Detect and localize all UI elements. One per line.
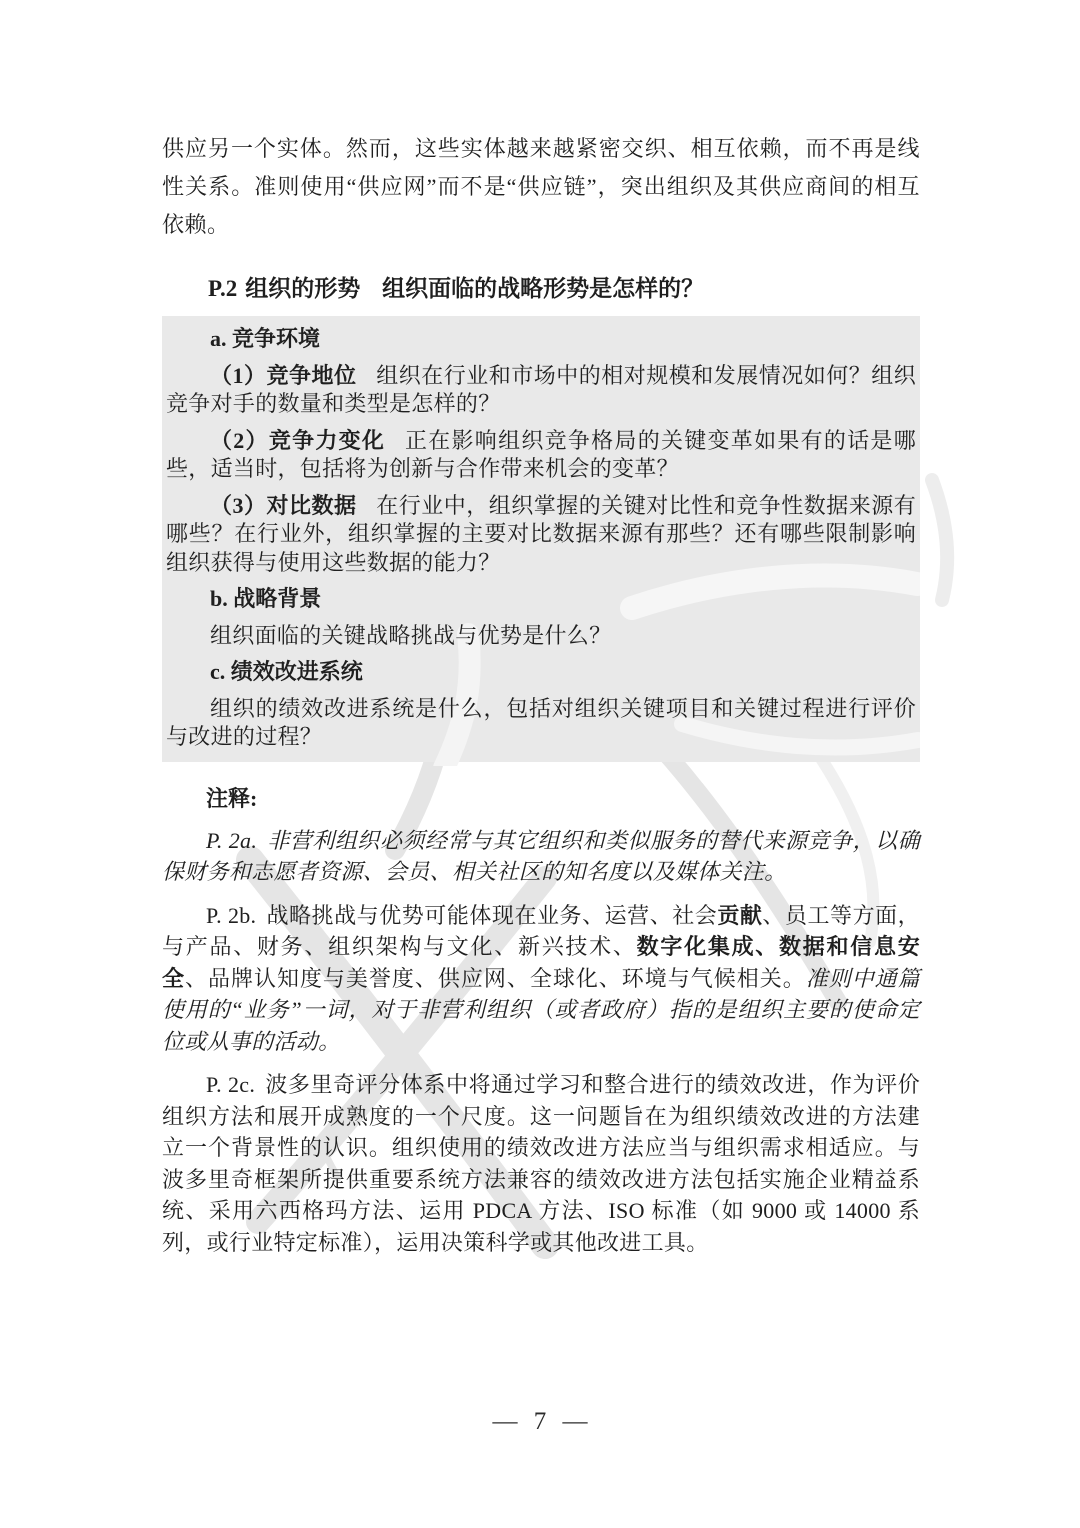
notes-heading: 注释: — [162, 782, 920, 813]
note-p2c-label: P. 2c. — [206, 1072, 255, 1097]
intro-paragraph: 供应另一个实体。然而，这些实体越来越紧密交织、相互依赖，而不再是线性关系。准则使… — [162, 130, 920, 244]
section-question: 组织面临的战略形势是怎样的？ — [382, 276, 704, 301]
note-p2b-text-3: 、品牌认知度与美誉度、供应网、全球化、环境与气候相关。 — [185, 966, 806, 991]
question-2-label: （2）竞争力变化 — [210, 428, 385, 453]
section-code: P.2 — [208, 276, 237, 301]
subheading-b: b. 战略背景 — [166, 585, 916, 614]
note-p2b-label: P. 2b. — [206, 903, 256, 928]
document-page: 供应另一个实体。然而，这些实体越来越紧密交织、相互依赖，而不再是线性关系。准则使… — [0, 0, 1080, 1528]
question-3-label: （3）对比数据 — [210, 493, 356, 518]
question-1: （1）竞争地位组织在行业和市场中的相对规模和发展情况如何？组织竞争对手的数量和类… — [166, 362, 916, 419]
note-p2c-text: 波多里奇评分体系中将通过学习和整合进行的绩效改进，作为评价组织方法和展开成熟度的… — [162, 1072, 920, 1255]
note-p2b-text-1: 战略挑战与优势可能体现在业务、运营、社会 — [266, 903, 717, 928]
question-3: （3）对比数据在行业中，组织掌握的关键对比性和竞争性数据来源有哪些？在行业外，组… — [166, 492, 916, 578]
page-number: — 7 — — [0, 1408, 1080, 1436]
section-heading: P.2组织的形势组织面临的战略形势是怎样的？ — [162, 270, 920, 303]
note-p2c: P. 2c.波多里奇评分体系中将通过学习和整合进行的绩效改进，作为评价组织方法和… — [162, 1069, 920, 1258]
subheading-a: a. 竞争环境 — [166, 325, 916, 354]
note-p2b-bold-1: 贡献 — [717, 903, 762, 928]
note-p2a-text: 非营利组织必须经常与其它组织和类似服务的替代来源竞争，以确保财务和志愿者资源、会… — [162, 828, 920, 885]
note-p2b: P. 2b.战略挑战与优势可能体现在业务、运营、社会贡献、员工等方面，与产品、财… — [162, 900, 920, 1058]
question-1-label: （1）竞争地位 — [210, 363, 356, 388]
page-content: 供应另一个实体。然而，这些实体越来越紧密交织、相互依赖，而不再是线性关系。准则使… — [162, 130, 920, 1258]
note-p2a-label: P. 2a. — [206, 828, 257, 853]
note-p2a: P. 2a.非营利组织必须经常与其它组织和类似服务的替代来源竞争，以确保财务和志… — [162, 825, 920, 888]
question-c: 组织的绩效改进系统是什么，包括对组织关键项目和关键过程进行评价与改进的过程？ — [166, 695, 916, 752]
question-b: 组织面临的关键战略挑战与优势是什么？ — [166, 622, 916, 651]
criteria-highlight-block: a. 竞争环境 （1）竞争地位组织在行业和市场中的相对规模和发展情况如何？组织竞… — [162, 316, 920, 762]
section-title: 组织的形势 — [245, 276, 360, 301]
subheading-c: c. 绩效改进系统 — [166, 658, 916, 687]
question-2: （2）竞争力变化正在影响组织竞争格局的关键变革如果有的话是哪些，适当时，包括将为… — [166, 427, 916, 484]
